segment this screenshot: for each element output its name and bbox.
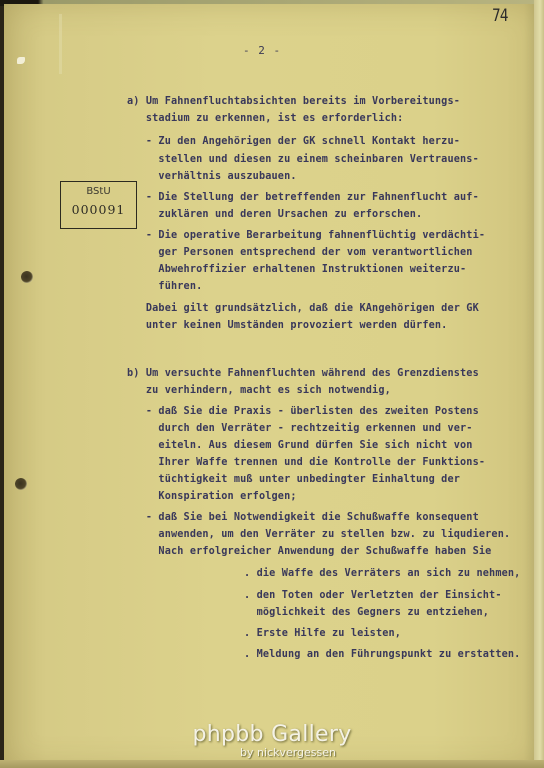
text-line: stadium zu erkennen, ist es erforderlich… — [127, 113, 403, 124]
text-line: - daß Sie die Praxis - überlisten des zw… — [127, 406, 479, 417]
page-marker: - 2 - — [243, 44, 281, 57]
text-line: durch den Verräter - rechtzeitig erkenne… — [127, 423, 473, 434]
text-line: Konspiration erfolgen; — [127, 491, 297, 502]
text-line: anwenden, um den Verräter zu stellen bzw… — [127, 529, 510, 540]
text-line: tüchtigkeit muß unter unbedingter Einhal… — [127, 474, 460, 485]
text-line: - Zu den Angehörigen der GK schnell Kont… — [127, 136, 460, 147]
watermark-subtitle: by nickvergessen — [240, 746, 336, 759]
punch-hole-icon — [21, 271, 33, 283]
text-line: a) Um Fahnenfluchtabsichten bereits im V… — [127, 96, 460, 107]
punch-hole-icon — [15, 478, 27, 490]
text-line: verhältnis auszubauen. — [127, 171, 297, 182]
text-line: Abwehroffizier erhaltenen Instruktionen … — [127, 264, 466, 275]
text-line: - Die operative Berarbeitung fahnenflüch… — [127, 230, 485, 241]
text-line: - daß Sie bei Notwendigkeit die Schußwaf… — [127, 512, 479, 523]
text-line: eiteln. Aus diesem Grund dürfen Sie sich… — [127, 440, 473, 451]
text-line: Dabei gilt grundsätzlich, daß die KAngeh… — [127, 303, 479, 314]
archive-stamp: BStU 000091 — [60, 181, 137, 229]
text-line: . Meldung an den Führungspunkt zu erstat… — [244, 649, 520, 660]
text-line: zuklären und deren Ursachen zu erforsche… — [127, 209, 422, 220]
stamp-label: BStU — [61, 186, 136, 197]
bottom-edge — [0, 760, 544, 768]
text-line: . Erste Hilfe zu leisten, — [244, 628, 401, 639]
text-line: b) Um versuchte Fahnenfluchten während d… — [127, 368, 479, 379]
handwritten-page-number: 74 — [492, 6, 508, 26]
text-line: Nach erfolgreicher Anwendung der Schußwa… — [127, 546, 491, 557]
gallery-watermark: phpbb Gallery by nickvergessen — [0, 722, 544, 747]
stamp-number: 000091 — [61, 202, 136, 217]
paper-crease — [59, 14, 62, 74]
text-line: stellen und diesen zu einem scheinbaren … — [127, 154, 479, 165]
paper-right-edge — [534, 0, 544, 768]
text-line: . die Waffe des Verräters an sich zu neh… — [244, 568, 520, 579]
text-line: unter keinen Umständen provoziert werden… — [127, 320, 447, 331]
text-line: ger Personen entsprechend der vom verant… — [127, 247, 473, 258]
text-line: führen. — [127, 281, 202, 292]
text-line: Ihrer Waffe trennen und die Kontrolle de… — [127, 457, 485, 468]
text-line: möglichkeit des Gegners zu entziehen, — [244, 607, 489, 618]
watermark-title: phpbb Gallery — [0, 722, 544, 747]
text-line: - Die Stellung der betreffenden zur Fahn… — [127, 192, 479, 203]
text-line: zu verhindern, macht es sich notwendig, — [127, 385, 391, 396]
text-line: . den Toten oder Verletzten der Einsicht… — [244, 590, 502, 601]
